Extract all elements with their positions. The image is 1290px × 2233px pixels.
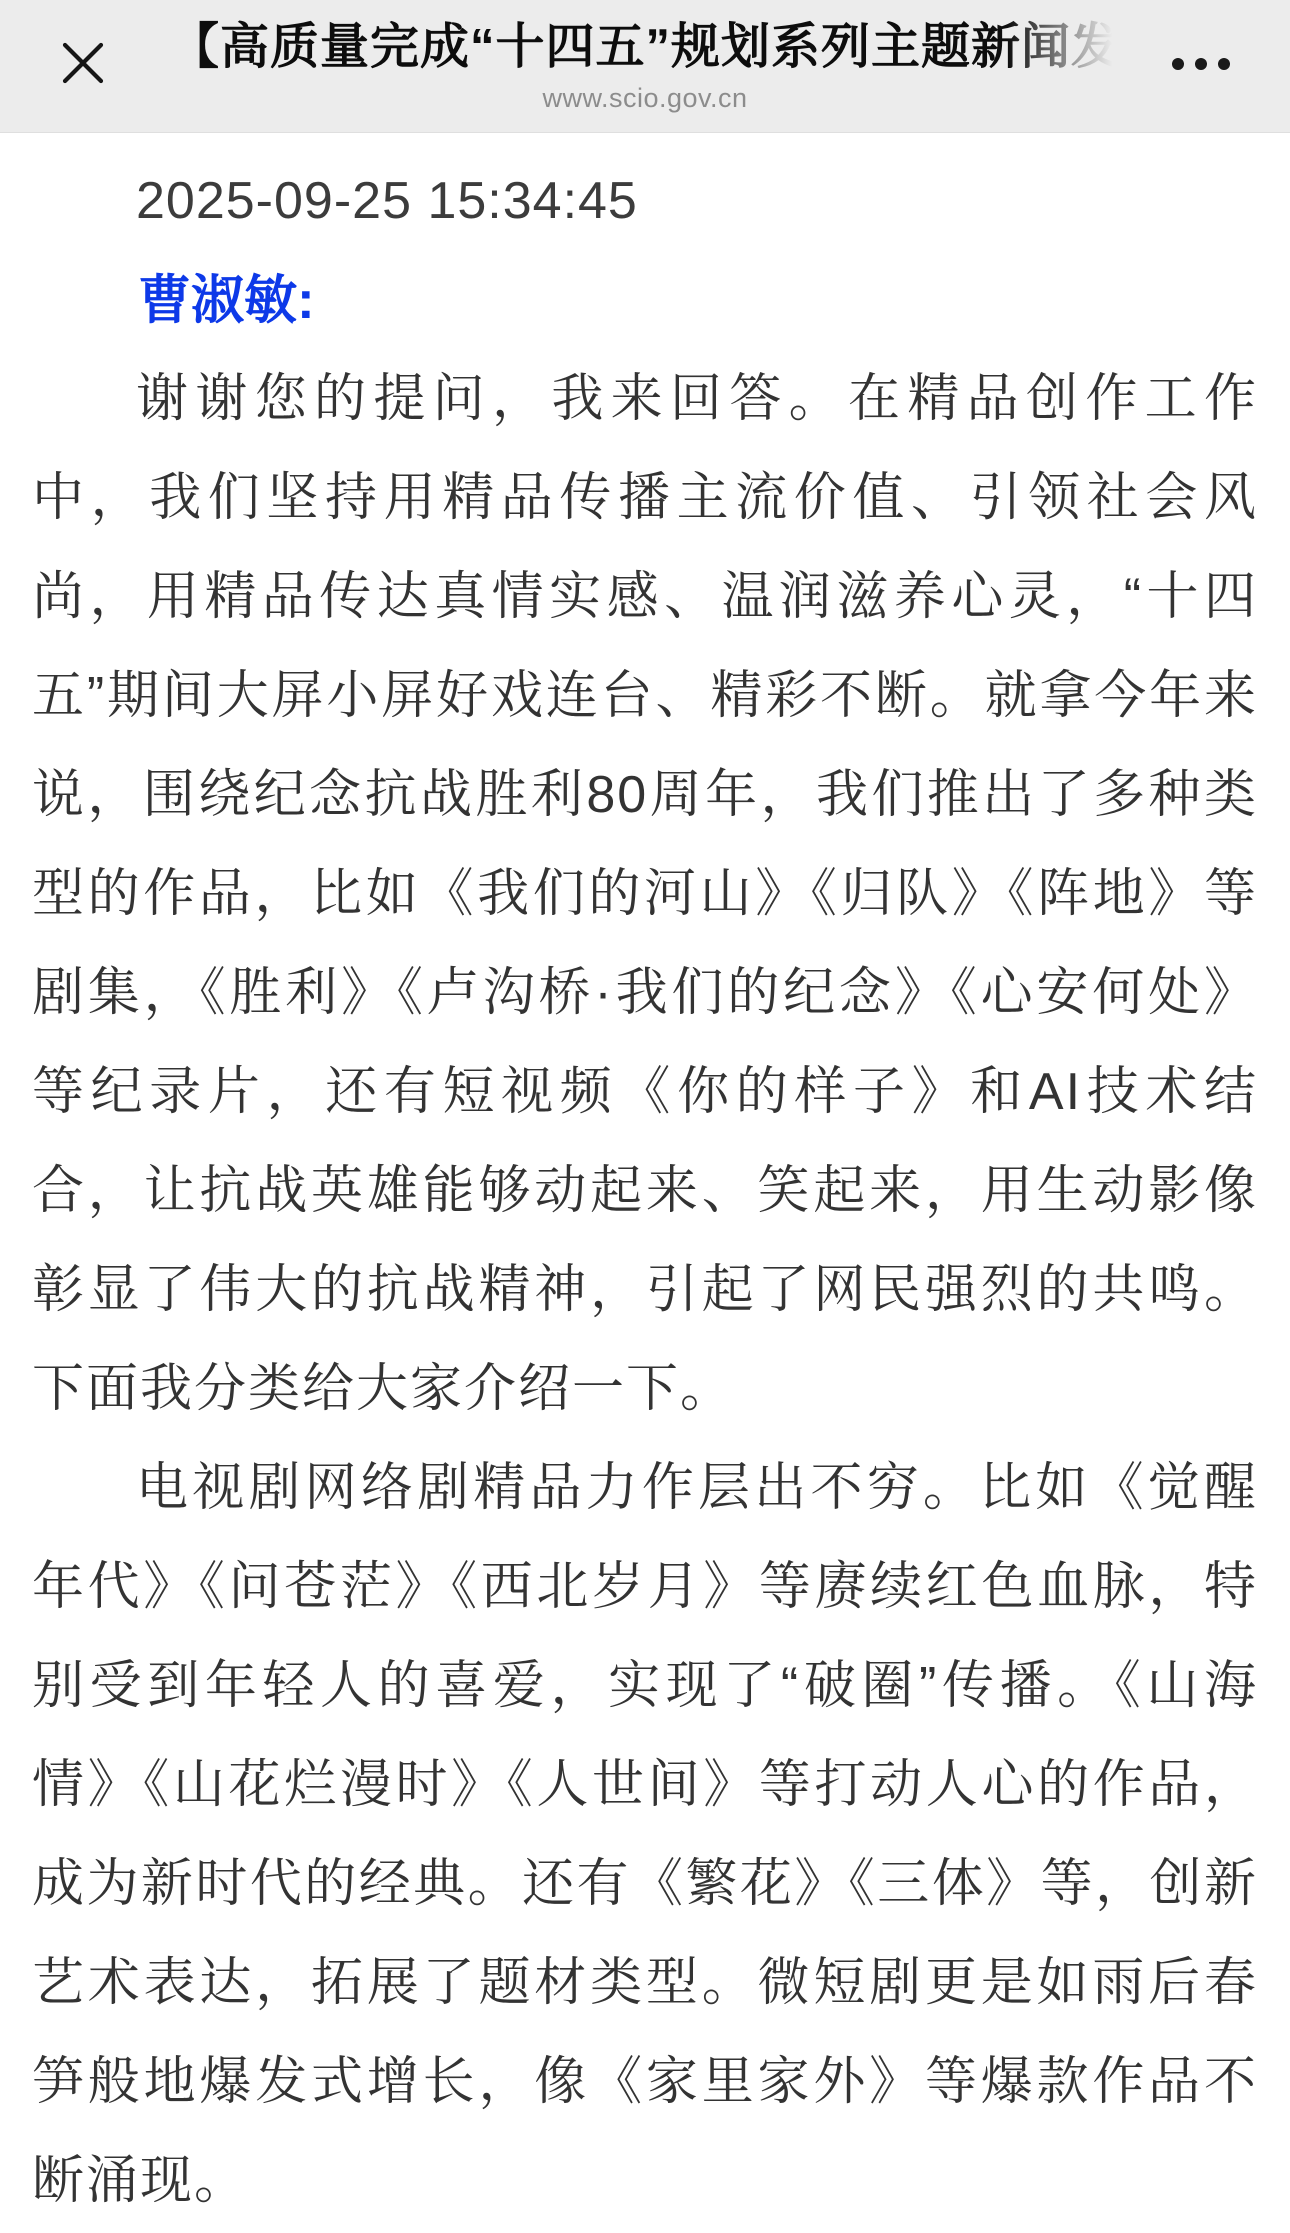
article-content: 2025-09-25 15:34:45 曹淑敏: 谢谢您的提问，我来回答。在精品… bbox=[0, 133, 1290, 2231]
article-paragraph: 谢谢您的提问，我来回答。在精品创作工作中，我们坚持用精品传播主流价值、引领社会风… bbox=[32, 350, 1258, 1439]
menu-dot-icon bbox=[1195, 58, 1207, 70]
page-title: 【高质量完成“十四五”规划系列主题新闻发 bbox=[170, 14, 1142, 80]
timestamp: 2025-09-25 15:34:45 bbox=[32, 152, 1258, 251]
wechat-browser-page: { "header": { "title": "【高质量完成“十四五”规划系列主… bbox=[0, 0, 1290, 2233]
browser-header: 【高质量完成“十四五”规划系列主题新闻发 www.scio.gov.cn bbox=[0, 0, 1290, 133]
close-icon bbox=[58, 38, 108, 88]
menu-dot-icon bbox=[1172, 58, 1184, 70]
article-paragraph: 电视剧网络剧精品力作层出不穷。比如《觉醒年代》《问苍茫》《西北岁月》等赓续红色血… bbox=[32, 1439, 1258, 2231]
page-title-wrap: 【高质量完成“十四五”规划系列主题新闻发 bbox=[170, 14, 1142, 80]
more-menu-button[interactable] bbox=[1170, 56, 1232, 72]
site-url: www.scio.gov.cn bbox=[0, 83, 1290, 113]
menu-dot-icon bbox=[1218, 58, 1230, 70]
speaker-name: 曹淑敏: bbox=[32, 251, 1258, 350]
close-button[interactable] bbox=[56, 36, 110, 90]
